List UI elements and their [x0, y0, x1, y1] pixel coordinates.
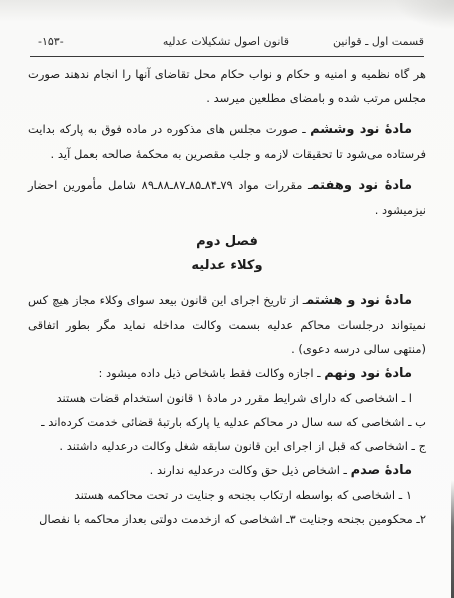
page-shadow [394, 0, 454, 30]
list-item: ۱ ـ اشخاصی که بواسطه ارتکاب بجنحه و جنای… [28, 483, 426, 507]
list-item: ب ـ اشخاصی که سه سال در محاکم عدلیه یا پ… [28, 410, 426, 434]
header-section: قسمت اول ـ قوانین [333, 35, 424, 48]
article-98: مادهٔ نود و هشتمـ از تاریخ اجرای این قان… [28, 288, 426, 361]
chapter-subheading: وکلاء عدلیه [28, 254, 426, 278]
article-99: مادهٔ نود ونهم ـ اجازه وکالت فقط باشخاص … [28, 361, 426, 386]
article-text: ـ اشخاص ذیل حق وکالت درعدلیه ندارند . [150, 463, 351, 477]
page-body: هر گاه نظمیه و امنیه و حکام و نواب حکام … [28, 62, 426, 531]
list-item: ج ـ اشخاصی که قبل از اجرای این قانون ساب… [28, 434, 426, 458]
chapter-heading: فصل دوم [28, 230, 426, 254]
page-number: -۱۵۳- [38, 35, 64, 48]
article-96: مادهٔ نود وششم ـ صورت مجلس های مذکوره در… [28, 117, 426, 166]
article-100: مادهٔ صدم ـ اشخاص ذیل حق وکالت درعدلیه ن… [28, 458, 426, 483]
article-title: مادهٔ نود و هشتم [306, 293, 412, 308]
running-header: قسمت اول ـ قوانین قانون اصول تشکیلات عدل… [30, 35, 424, 55]
article-title: مادهٔ صدم [351, 463, 412, 478]
article-text: ـ اجازه وکالت فقط باشخاص ذیل داده میشود … [99, 366, 325, 380]
paragraph-continuation: هر گاه نظمیه و امنیه و حکام و نواب حکام … [28, 62, 426, 110]
article-title: مادهٔ نود وهفتم [311, 178, 412, 193]
article-title: مادهٔ نود ونهم [324, 366, 412, 381]
article-97: مادهٔ نود وهفتمـ مقررات مواد ۷۹ـ۸۴ـ۸۵ـ۸۷… [28, 173, 426, 222]
list-item: ۲ـ محکومین بجنحه وجنایت ۳ـ اشخاصی که ازخ… [28, 507, 426, 531]
book-page: قسمت اول ـ قوانین قانون اصول تشکیلات عدل… [0, 0, 454, 598]
header-rule [30, 56, 424, 57]
article-title: مادهٔ نود وششم [310, 122, 412, 137]
list-item: ا ـ اشخاصی که دارای شرایط مقرر در مادهٔ … [28, 386, 426, 410]
header-title: قانون اصول تشکیلات عدلیه [163, 35, 289, 48]
